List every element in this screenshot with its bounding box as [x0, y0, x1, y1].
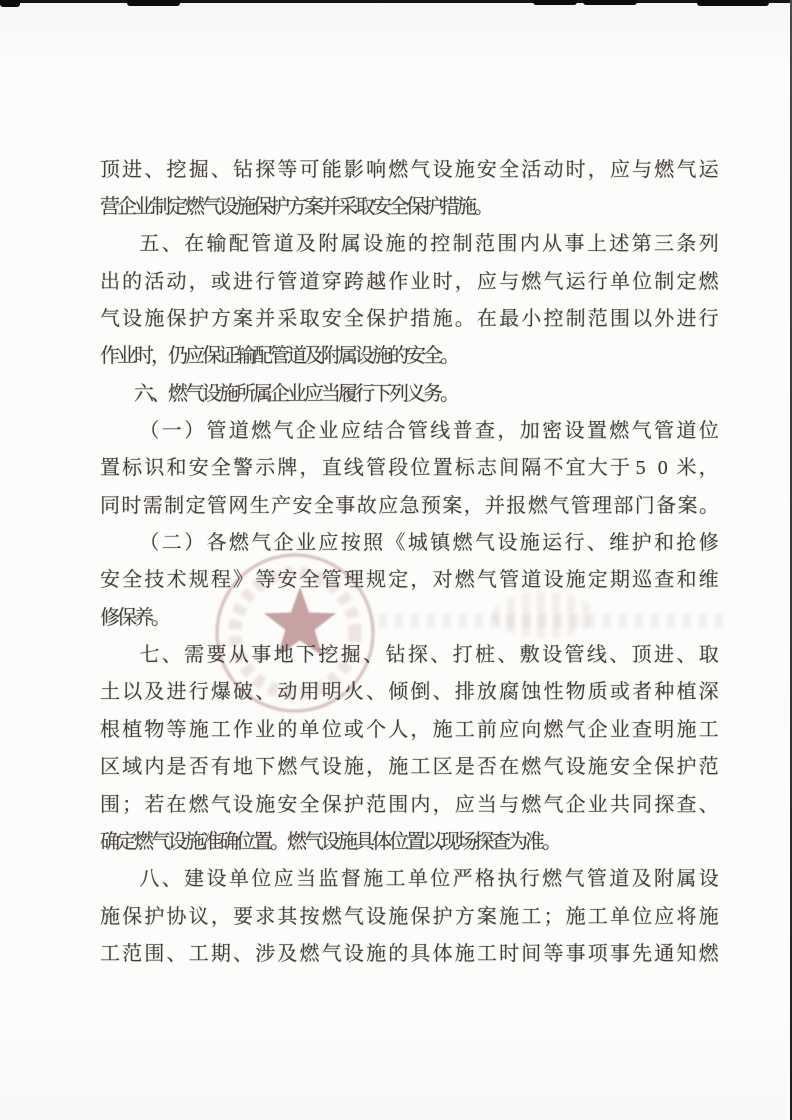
scan-edge-blob: [583, 0, 637, 5]
text-line-4: 出的活动，或进行管道穿跨越作业时，应与燃气运行单位制定燃: [100, 263, 716, 300]
text-line-19: 确定燃气设施准确位置。燃气设施具体位置以现场探查为准。: [100, 823, 716, 860]
scan-top-edge: [0, 0, 792, 3]
text-line-14: 七、需要从事地下挖掘、钻探、打桩、敷设管线、顶进、取: [100, 636, 716, 673]
text-line-2: 营企业制定燃气设施保护方案并采取安全保护措施。: [100, 188, 716, 225]
scan-edge-blob: [697, 0, 769, 6]
text-line-10: 同时需制定管网生产安全事故应急预案，并报燃气管理部门备案。: [100, 487, 716, 524]
scan-edge-blob: [0, 0, 20, 7]
text-line-16: 根植物等施工作业的单位或个人，施工前应向燃气企业查明施工: [100, 711, 716, 748]
text-line-13: 修保养。: [100, 599, 716, 636]
text-line-21: 施保护协议，要求其按燃气设施保护方案施工；施工单位应将施: [100, 898, 716, 935]
text-line-3: 五、在输配管道及附属设施的控制范围内从事上述第三条列: [100, 226, 716, 263]
scan-edge-blob: [533, 0, 577, 5]
text-line-6: 作业时，仍应保证输配管道及附属设施的安全。: [100, 338, 716, 375]
text-line-22: 工范围、工期、涉及燃气设施的具体施工时间等事项事先通知燃: [100, 935, 716, 972]
text-line-1: 顶进、挖掘、钻探等可能影响燃气设施安全活动时，应与燃气运: [100, 151, 716, 188]
text-line-20: 八、建设单位应当监督施工单位严格执行燃气管道及附属设: [100, 861, 716, 898]
text-line-18: 围；若在燃气设施安全保护范围内，应当与燃气企业共同探查、: [100, 786, 716, 823]
document-text-block: 顶进、挖掘、钻探等可能影响燃气设施安全活动时，应与燃气运营企业制定燃气设施保护方…: [100, 151, 716, 973]
text-line-12: 安全技术规程》等安全管理规定，对燃气管道设施定期巡查和维: [100, 562, 716, 599]
scanned-document-page: 顶进、挖掘、钻探等可能影响燃气设施安全活动时，应与燃气运营企业制定燃气设施保护方…: [0, 0, 792, 1120]
scan-edge-blob: [127, 0, 180, 6]
text-line-11: （二）各燃气企业应按照《城镇燃气设施运行、维护和抢修: [100, 524, 716, 561]
text-line-15: 土以及进行爆破、动用明火、倾倒、排放腐蚀性物质或者种植深: [100, 674, 716, 711]
text-line-17: 区域内是否有地下燃气设施，施工区是否在燃气设施安全保护范: [100, 749, 716, 786]
text-line-7: 六、燃气设施所属企业应当履行下列义务。: [100, 375, 716, 412]
text-line-8: （一）管道燃气企业应结合管线普查，加密设置燃气管道位: [100, 412, 716, 449]
text-line-5: 气设施保护方案并采取安全保护措施。在最小控制范围以外进行: [100, 300, 716, 337]
text-line-9: 置标识和安全警示牌，直线管段位置标志间隔不宜大于50米，: [100, 450, 716, 487]
